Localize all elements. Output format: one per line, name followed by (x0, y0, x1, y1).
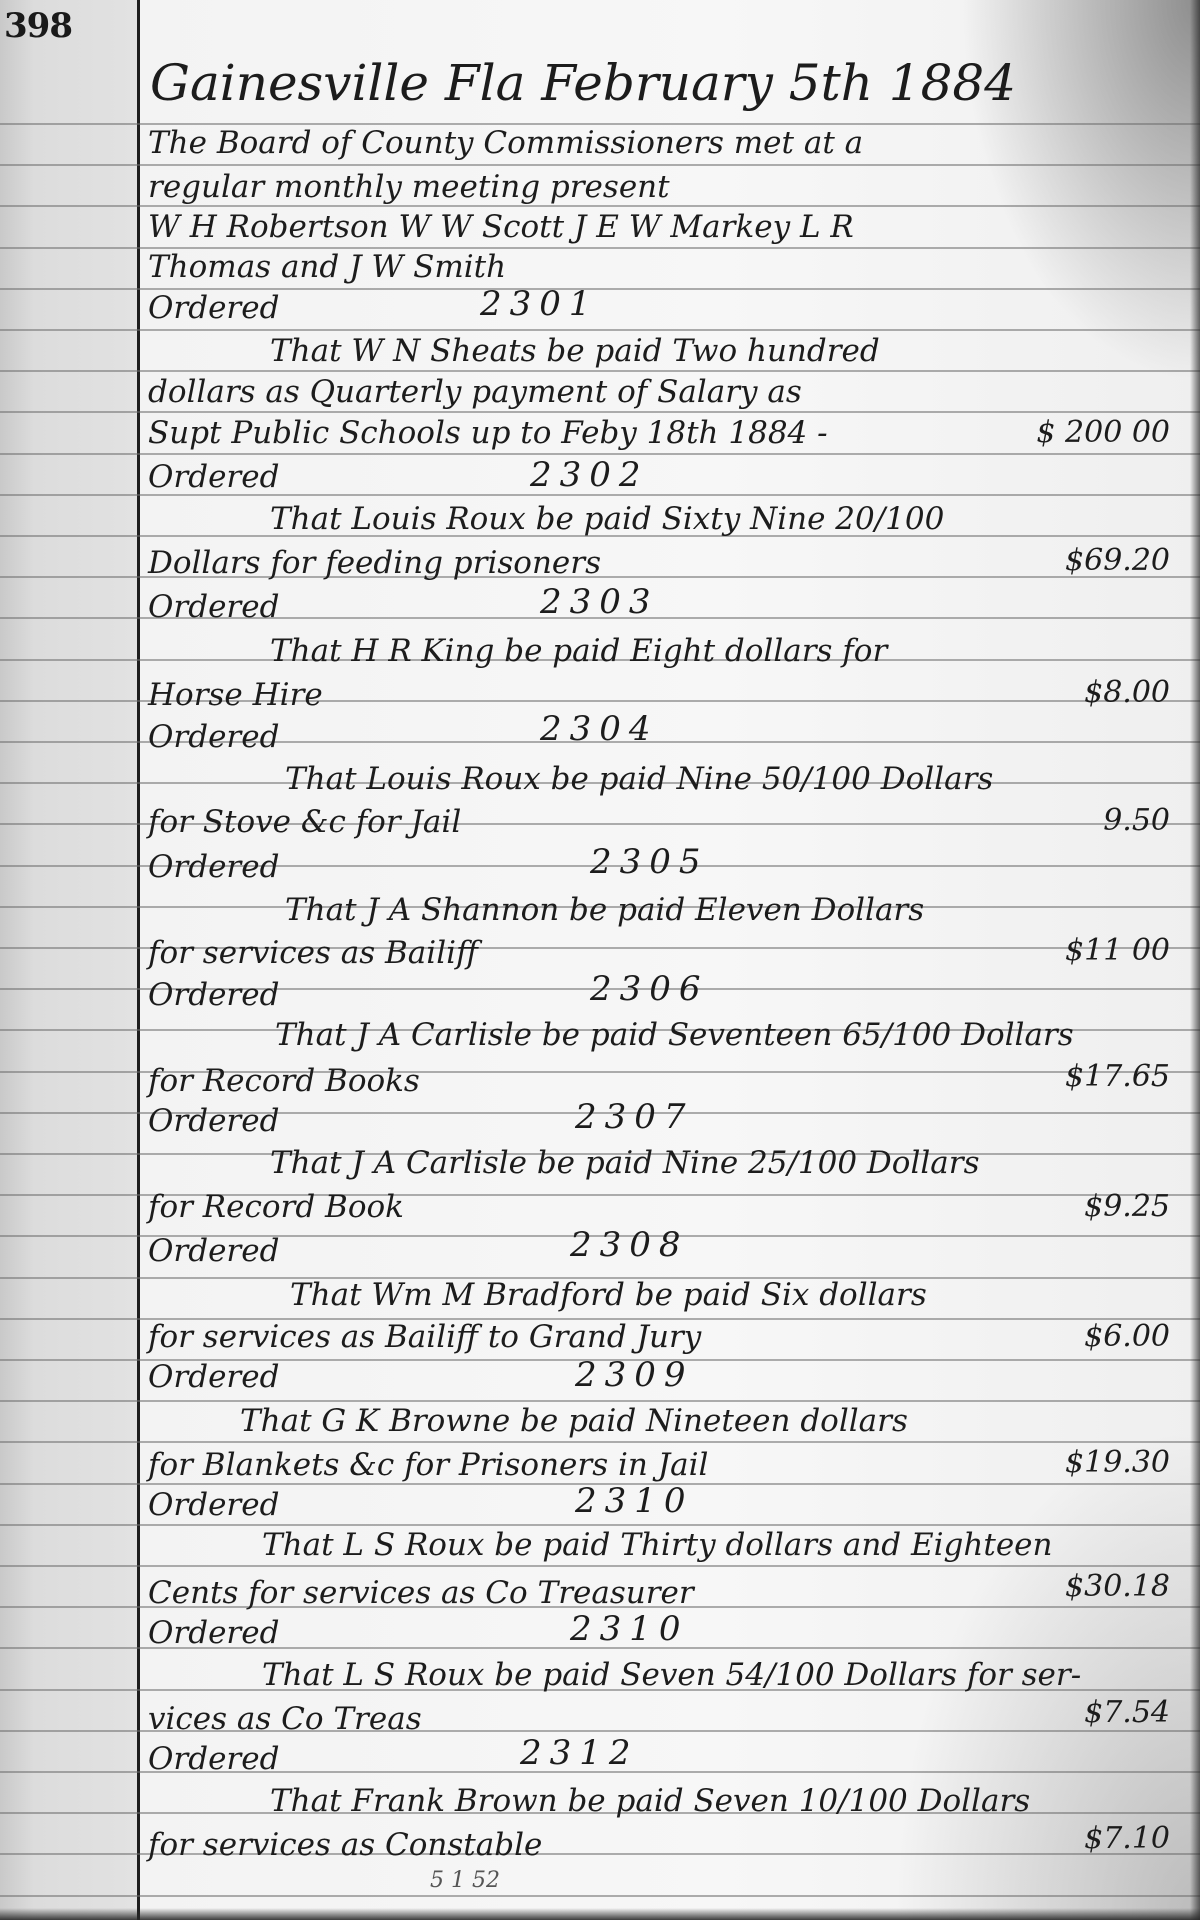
entry-label: Ordered (148, 1236, 279, 1267)
entry-amount: $7.10 (1084, 1824, 1170, 1854)
entry-amount: $7.54 (1084, 1698, 1170, 1728)
entry-line: for services as Bailiff (148, 938, 478, 969)
entry-line: for Record Books (148, 1066, 420, 1097)
entry-number: 2304 (540, 712, 659, 746)
entry-label: Ordered (148, 1744, 279, 1775)
ruled-line (0, 1895, 1200, 1897)
entry-line: Horse Hire (148, 680, 323, 711)
intro-line-4: Thomas and J W Smith (148, 252, 506, 283)
entry-line: That L S Roux be paid Thirty dollars and… (262, 1530, 1052, 1561)
entry-line: vices as Co Treas (148, 1704, 422, 1735)
entry-line: That G K Browne be paid Nineteen dollars (240, 1406, 908, 1437)
entry-label: Ordered (148, 1490, 279, 1521)
entry-number: 2305 (590, 845, 709, 879)
entry-label: Ordered (148, 592, 279, 623)
entry-number: 2312 (520, 1736, 639, 1770)
entry-line: Dollars for feeding prisoners (148, 548, 601, 579)
entry-line: That Frank Brown be paid Seven 10/100 Do… (270, 1786, 1030, 1817)
ruled-line (0, 1565, 1200, 1567)
entry-line: That J A Shannon be paid Eleven Dollars (285, 895, 924, 926)
ruled-line (0, 205, 1200, 207)
ledger-page: 398 Gainesville Fla February 5th 1884 Th… (0, 0, 1200, 1920)
entry-label: Ordered (148, 980, 279, 1011)
entry-number: 2303 (540, 585, 659, 619)
entry-label: Ordered (148, 722, 279, 753)
entry-amount: $19.30 (1065, 1448, 1170, 1478)
entry-number: 2301 (480, 287, 599, 321)
entry-number: 2310 (570, 1612, 689, 1646)
intro-line-2: regular monthly meeting present (148, 172, 670, 203)
entry-line: That J A Carlisle be paid Nine 25/100 Do… (270, 1148, 980, 1179)
page-bottom-edge (0, 1908, 1200, 1920)
entry-line: That W N Sheats be paid Two hundred (270, 336, 880, 367)
entry-line: That L S Roux be paid Seven 54/100 Dolla… (262, 1660, 1081, 1691)
page-heading: Gainesville Fla February 5th 1884 (150, 58, 1016, 108)
entry-line: That Louis Roux be paid Sixty Nine 20/10… (270, 504, 944, 535)
intro-line-3: W H Robertson W W Scott J E W Markey L R (148, 212, 854, 243)
ruled-line (0, 329, 1200, 331)
entry-line: for Blankets &c for Prisoners in Jail (148, 1450, 708, 1481)
entry-label: Ordered (148, 1106, 279, 1137)
entry-line: That Wm M Bradford be paid Six dollars (290, 1280, 927, 1311)
entry-label: Ordered (148, 462, 279, 493)
entry-number: 2302 (530, 458, 649, 492)
entry-line: dollars as Quarterly payment of Salary a… (148, 377, 802, 408)
entry-line: That Louis Roux be paid Nine 50/100 Doll… (285, 764, 993, 795)
entry-amount: $ 200 00 (1036, 418, 1170, 448)
entry-amount: $8.00 (1084, 678, 1170, 708)
entry-amount: 9.50 (1103, 806, 1170, 836)
entry-line: That H R King be paid Eight dollars for (270, 636, 887, 667)
entry-line: Supt Public Schools up to Feby 18th 1884… (148, 418, 828, 449)
page-right-edge (1190, 0, 1200, 1920)
entry-amount: $17.65 (1065, 1062, 1170, 1092)
entry-number: 2306 (590, 972, 709, 1006)
ruled-line (0, 411, 1200, 413)
intro-line-1: The Board of County Commissioners met at… (148, 128, 863, 159)
entry-line: for Stove &c for Jail (148, 807, 461, 838)
entry-number: 2307 (575, 1100, 694, 1134)
entry-label: Ordered (148, 293, 279, 324)
entry-label: Ordered (148, 1618, 279, 1649)
entry-amount: $6.00 (1084, 1322, 1170, 1352)
entry-line: Cents for services as Co Treasurer (148, 1578, 694, 1609)
entry-number: 2309 (575, 1358, 694, 1392)
entry-number: 2308 (570, 1228, 689, 1262)
faint-marks: 5 1 52 (430, 1868, 500, 1893)
ruled-line (0, 164, 1200, 166)
entry-line: for services as Constable (148, 1830, 542, 1861)
entry-amount: $69.20 (1065, 546, 1170, 576)
entry-line: That J A Carlisle be paid Seventeen 65/1… (275, 1020, 1074, 1051)
entry-number: 2310 (575, 1484, 694, 1518)
ruled-line (0, 1441, 1200, 1443)
entry-amount: $9.25 (1084, 1192, 1170, 1222)
entry-amount: $30.18 (1065, 1572, 1170, 1602)
entry-line: for Record Book (148, 1192, 404, 1223)
entry-label: Ordered (148, 852, 279, 883)
ruled-line (0, 370, 1200, 372)
ruled-line (0, 1400, 1200, 1402)
page-number: 398 (4, 6, 72, 46)
ruled-line (0, 1524, 1200, 1526)
entry-line: for services as Bailiff to Grand Jury (148, 1322, 701, 1353)
entry-amount: $11 00 (1065, 936, 1170, 966)
entry-label: Ordered (148, 1362, 279, 1393)
